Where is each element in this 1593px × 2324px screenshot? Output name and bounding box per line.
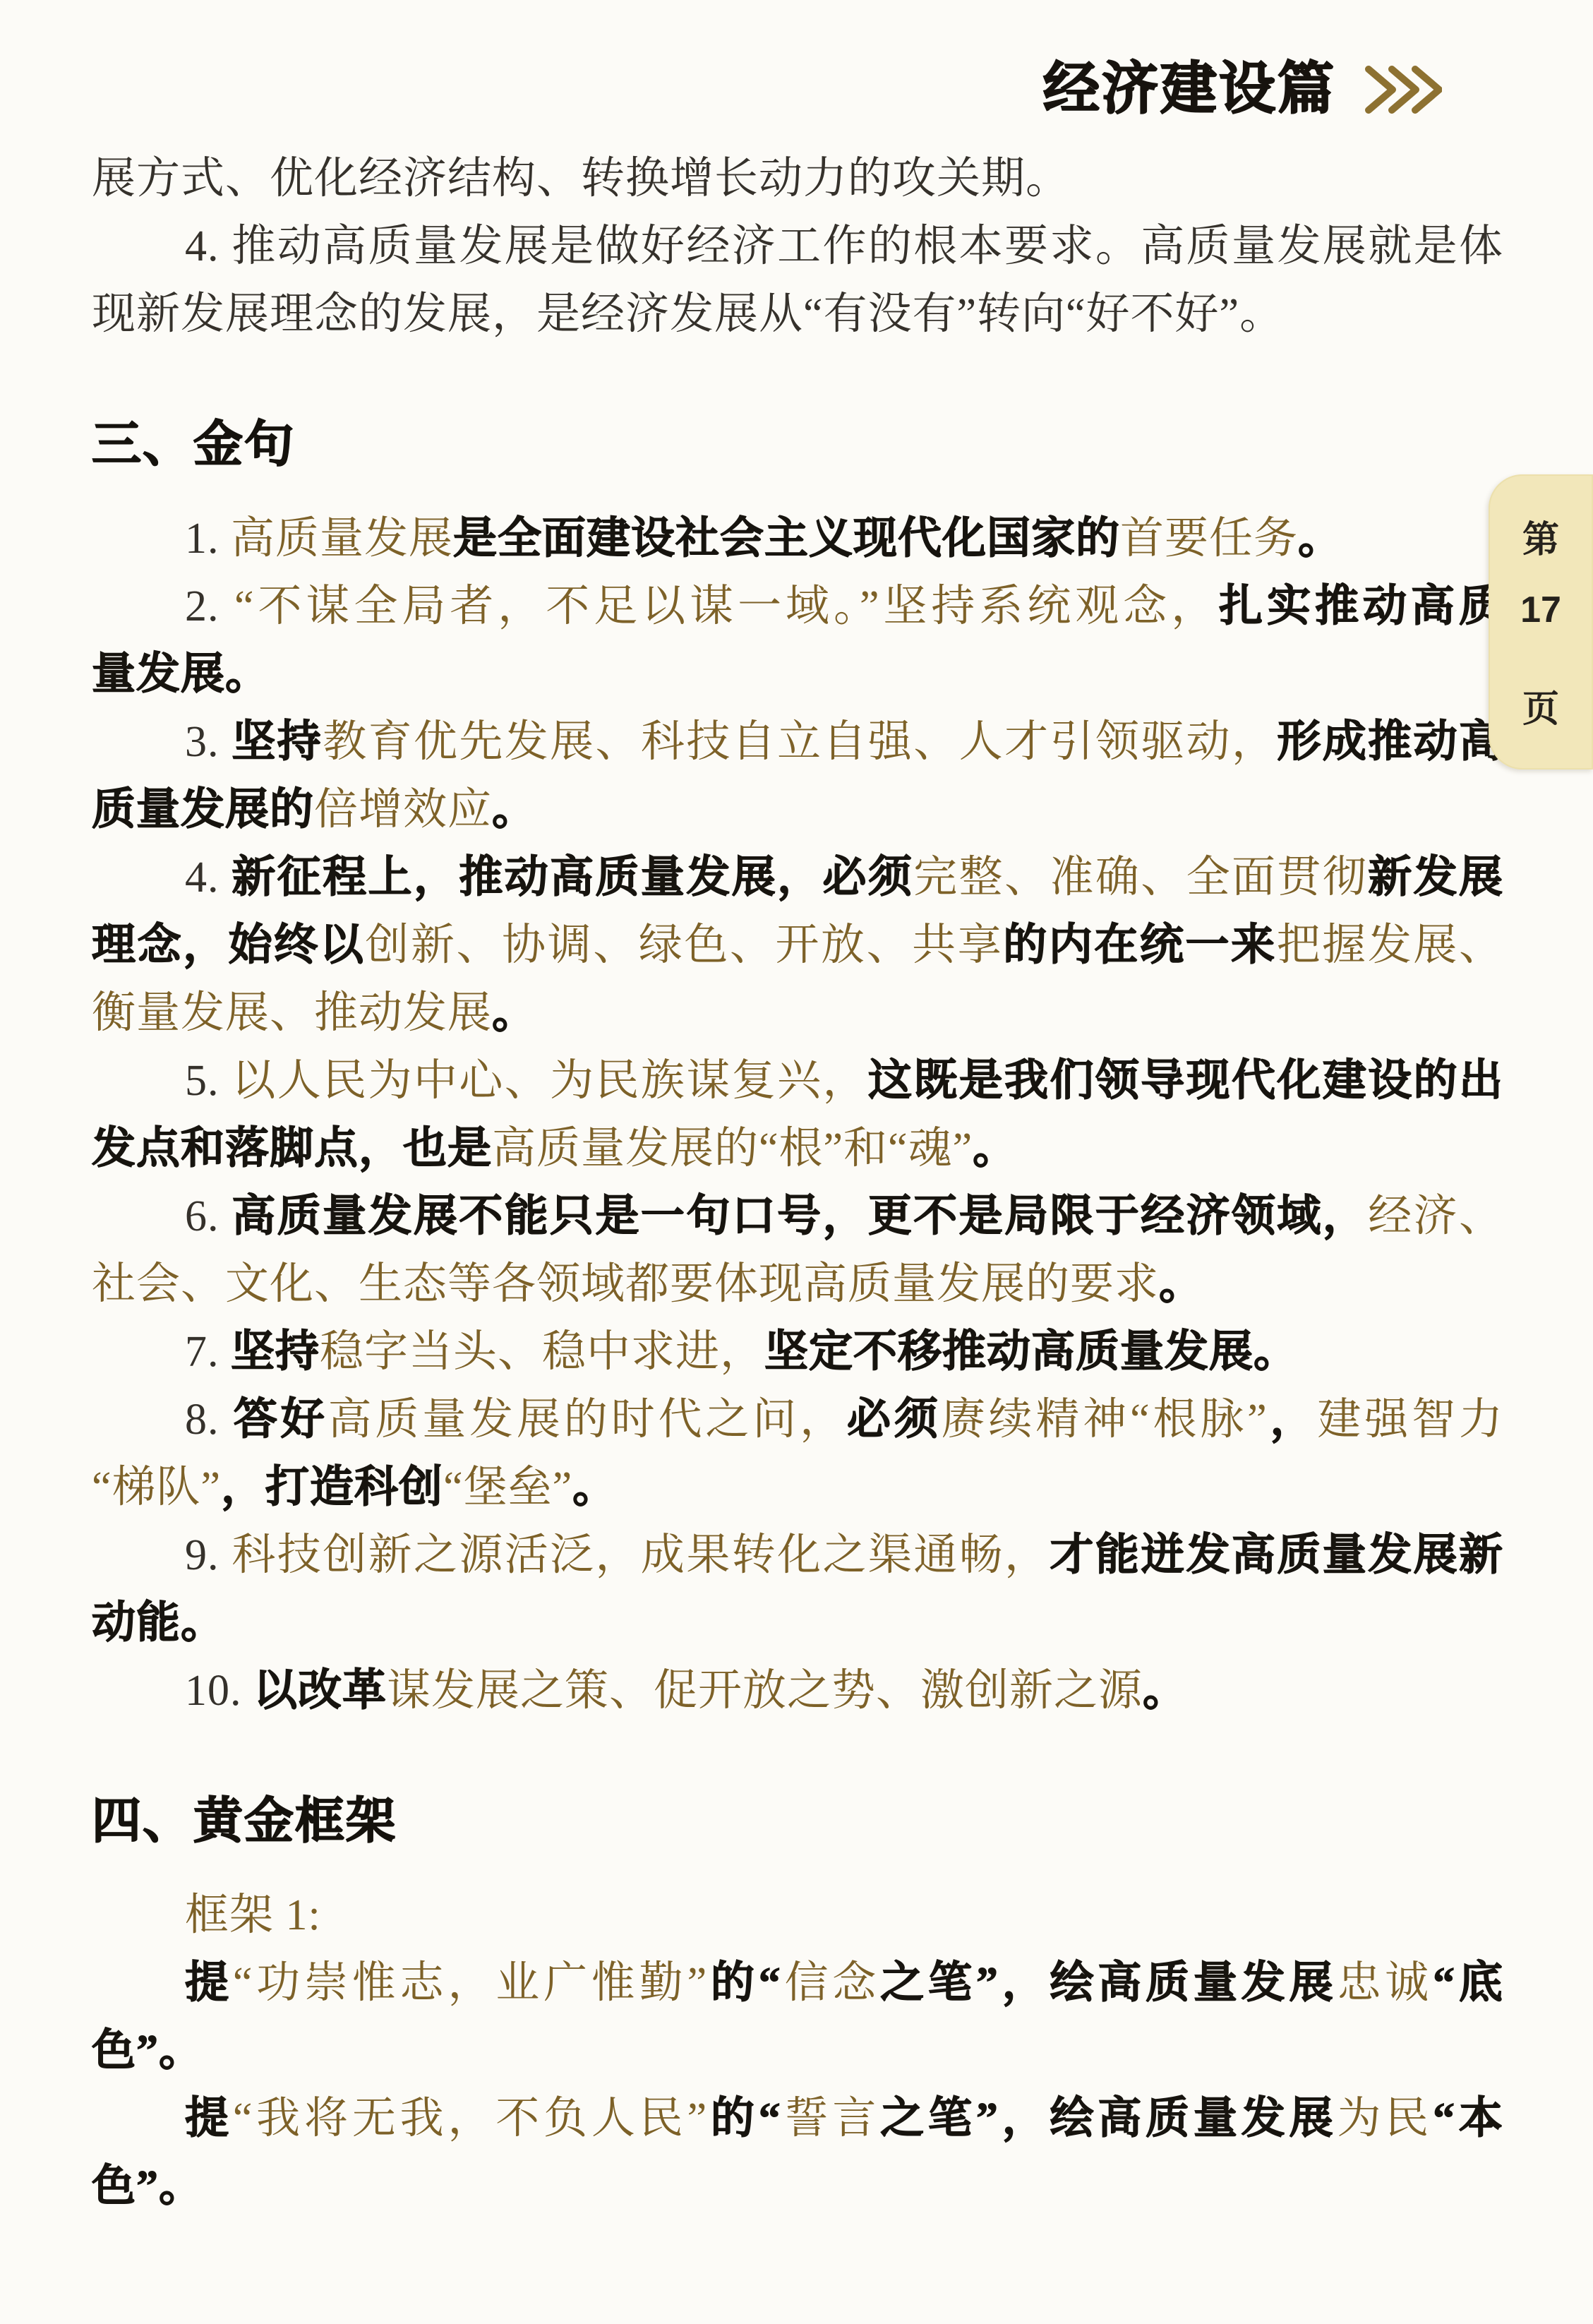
- text-segment: 社会、文化、生态等各领域都要体现高质量发展的要求: [92, 1260, 1159, 1308]
- text-segment: 完整、准确、全面贯彻: [913, 853, 1368, 902]
- text-segment: 坚持: [231, 1328, 320, 1376]
- page-tab-number: 17: [1489, 589, 1593, 631]
- text-segment: 10.: [185, 1667, 253, 1715]
- text-segment: 高质量发展的“根”和“魂”: [492, 1125, 973, 1173]
- section-heading: 四、黄金框架: [92, 1787, 1503, 1855]
- text-line: 5. 以人民为中心、为民族谋复兴，这既是我们领导现代化建设的出: [92, 1047, 1503, 1115]
- page-number-tab: 第 17 页: [1489, 474, 1593, 769]
- text-segment: “本: [1433, 2095, 1503, 2143]
- text-segment: 才能迸发高质量发展新: [1050, 1531, 1503, 1579]
- text-segment: 框架 1:: [185, 1891, 321, 1939]
- text-segment: 扎实推动高质: [1219, 582, 1503, 630]
- text-line: 色”。: [92, 2017, 1503, 2085]
- text-segment: 新征程上，推动高质量发展，必须: [232, 853, 913, 902]
- text-segment: ，打造科创: [221, 1463, 443, 1511]
- text-segment: 必须: [847, 1396, 942, 1444]
- text-segment: 倍增效应: [314, 786, 492, 834]
- section-heading: 三、金句: [92, 410, 1503, 478]
- text-segment: 9.: [185, 1531, 232, 1579]
- text-segment: 赓续精神“根脉”: [942, 1396, 1268, 1444]
- text-line: “梯队”，打造科创“堡垒”。: [92, 1454, 1503, 1521]
- text-segment: 这既是我们领导现代化建设的出: [868, 1057, 1503, 1105]
- text-segment: 3.: [185, 718, 232, 766]
- text-segment: 色”。: [92, 2027, 203, 2075]
- text-segment: “堡垒”: [443, 1463, 572, 1511]
- text-segment: 坚定不移推动高质量发展。: [764, 1328, 1298, 1376]
- text-segment: 教育优先发展、科技自立自强、人才引领驱动，: [323, 718, 1277, 766]
- text-segment: 4. 推动高质量发展是做好经济工作的根本要求。高质量发展就是体: [185, 222, 1503, 270]
- text-segment: “不谋全局者，不足以谋一域。”坚持系统观念，: [234, 582, 1219, 630]
- text-segment: 新发展: [1368, 853, 1503, 902]
- text-segment: 科技创新之源活泛，成果转化之渠通畅，: [232, 1531, 1050, 1579]
- text-segment: 。: [1298, 515, 1342, 563]
- text-segment: 以改革: [253, 1667, 387, 1715]
- text-line: 理念，始终以创新、协调、绿色、开放、共享的内在统一来把握发展、: [92, 911, 1503, 979]
- text-segment: 提: [185, 2095, 233, 2143]
- text-segment: 5.: [185, 1057, 232, 1105]
- text-segment: 建强智力: [1317, 1396, 1503, 1444]
- page-tab-prefix: 第: [1489, 519, 1593, 561]
- text-segment: “功崇惟志，业广惟勤”: [233, 1959, 707, 2007]
- text-segment: 7.: [185, 1328, 231, 1376]
- text-segment: 发点和落脚点，也是: [92, 1125, 492, 1173]
- text-segment: 把握发展、: [1277, 921, 1503, 969]
- text-line: 质量发展的倍增效应。: [92, 776, 1503, 844]
- text-segment: 质量发展的: [92, 786, 314, 834]
- text-segment: 誓言: [781, 2095, 880, 2143]
- text-segment: 。: [572, 1463, 617, 1511]
- text-line: 量发展。: [92, 640, 1503, 708]
- text-segment: ，: [1268, 1396, 1318, 1444]
- text-segment: 提: [185, 1959, 233, 2007]
- text-line: 色”。: [92, 2152, 1503, 2220]
- text-segment: 衡量发展、推动发展: [92, 989, 492, 1037]
- text-line: 衡量发展、推动发展。: [92, 979, 1503, 1047]
- text-segment: 2.: [185, 582, 234, 630]
- text-segment: 1.: [185, 515, 231, 563]
- text-segment: 之笔”，绘高质量发展: [880, 2095, 1337, 2143]
- text-segment: 6.: [185, 1192, 232, 1240]
- text-line: 7. 坚持稳字当头、稳中求进，坚定不移推动高质量发展。: [92, 1318, 1503, 1386]
- text-segment: 谋发展之策、促开放之势、激创新之源: [387, 1667, 1143, 1715]
- text-segment: 量发展。: [92, 650, 270, 698]
- text-segment: 的“: [707, 2095, 781, 2143]
- text-segment: 答好: [234, 1396, 328, 1444]
- text-segment: 动能。: [92, 1599, 225, 1647]
- text-segment: 坚持: [232, 718, 323, 766]
- text-segment: 忠诚: [1337, 1959, 1433, 2007]
- text-segment: 创新、协调、绿色、开放、共享: [365, 921, 1003, 969]
- text-segment: 之笔”，绘高质量发展: [880, 1959, 1337, 2007]
- text-segment: 信念: [781, 1959, 880, 2007]
- text-line: 10. 以改革谋发展之策、促开放之势、激创新之源。: [92, 1657, 1503, 1725]
- text-line: 4. 新征程上，推动高质量发展，必须完整、准确、全面贯彻新发展: [92, 844, 1503, 911]
- page-tab-suffix: 页: [1489, 688, 1593, 731]
- text-segment: 经济、: [1368, 1192, 1503, 1240]
- text-segment: 。: [1159, 1260, 1203, 1308]
- text-line: 发点和落脚点，也是高质量发展的“根”和“魂”。: [92, 1115, 1503, 1182]
- text-line: 3. 坚持教育优先发展、科技自立自强、人才引领驱动，形成推动高: [92, 708, 1503, 776]
- text-segment: 为民: [1337, 2095, 1433, 2143]
- text-line: 8. 答好高质量发展的时代之问，必须赓续精神“根脉”，建强智力: [92, 1386, 1503, 1454]
- text-segment: 现新发展理念的发展，是经济发展从“有没有”转向“好不好”。: [92, 290, 1284, 338]
- text-line: 框架 1:: [92, 1881, 1503, 1949]
- text-line: 4. 推动高质量发展是做好经济工作的根本要求。高质量发展就是体: [92, 212, 1503, 280]
- text-segment: 的内在统一来: [1003, 921, 1276, 969]
- text-segment: 。: [1143, 1667, 1187, 1715]
- text-segment: 4.: [185, 853, 232, 902]
- text-segment: 8.: [185, 1396, 234, 1444]
- text-segment: 。: [492, 786, 536, 834]
- text-line: 9. 科技创新之源活泛，成果转化之渠通畅，才能迸发高质量发展新: [92, 1521, 1503, 1589]
- text-segment: 高质量发展: [231, 515, 453, 563]
- text-segment: “底: [1433, 1959, 1503, 2007]
- text-line: 动能。: [92, 1589, 1503, 1657]
- text-line: 1. 高质量发展是全面建设社会主义现代化国家的首要任务。: [92, 505, 1503, 573]
- text-segment: “我将无我，不负人民”: [233, 2095, 707, 2143]
- text-segment: 形成推动高: [1277, 718, 1503, 766]
- text-line: 提“功崇惟志，业广惟勤”的“信念之笔”，绘高质量发展忠诚“底: [92, 1949, 1503, 2017]
- text-segment: 色”。: [92, 2162, 203, 2210]
- text-segment: 稳字当头、稳中求进，: [320, 1328, 764, 1376]
- document-page: 经济建设篇 展方式、优化经济结构、转换增长动力的攻关期。4. 推动高质量发展是做…: [0, 0, 1593, 2324]
- text-segment: “梯队”: [92, 1463, 221, 1511]
- text-line: 6. 高质量发展不能只是一句口号，更不是局限于经济领域，经济、: [92, 1182, 1503, 1250]
- text-segment: 展方式、优化经济结构、转换增长动力的攻关期。: [92, 155, 1070, 203]
- text-line: 现新发展理念的发展，是经济发展从“有没有”转向“好不好”。: [92, 280, 1503, 348]
- text-segment: 。: [973, 1125, 1017, 1173]
- text-segment: 高质量发展的时代之问，: [328, 1396, 847, 1444]
- text-line: 展方式、优化经济结构、转换增长动力的攻关期。: [92, 145, 1503, 212]
- text-segment: 高质量发展不能只是一句口号，更不是局限于经济领域，: [232, 1192, 1368, 1240]
- text-line: 2. “不谋全局者，不足以谋一域。”坚持系统观念，扎实推动高质: [92, 573, 1503, 640]
- text-segment: 理念，始终以: [92, 921, 365, 969]
- text-line: 提“我将无我，不负人民”的“誓言之笔”，绘高质量发展为民“本: [92, 2085, 1503, 2152]
- text-segment: 。: [492, 989, 536, 1037]
- text-segment: 以人民为中心、为民族谋复兴，: [232, 1057, 868, 1105]
- text-segment: 的“: [707, 1959, 781, 2007]
- content: 展方式、优化经济结构、转换增长动力的攻关期。4. 推动高质量发展是做好经济工作的…: [0, 0, 1593, 2220]
- text-segment: 首要任务: [1120, 515, 1298, 563]
- text-line: 社会、文化、生态等各领域都要体现高质量发展的要求。: [92, 1250, 1503, 1318]
- text-segment: 是全面建设社会主义现代化国家的: [453, 515, 1120, 563]
